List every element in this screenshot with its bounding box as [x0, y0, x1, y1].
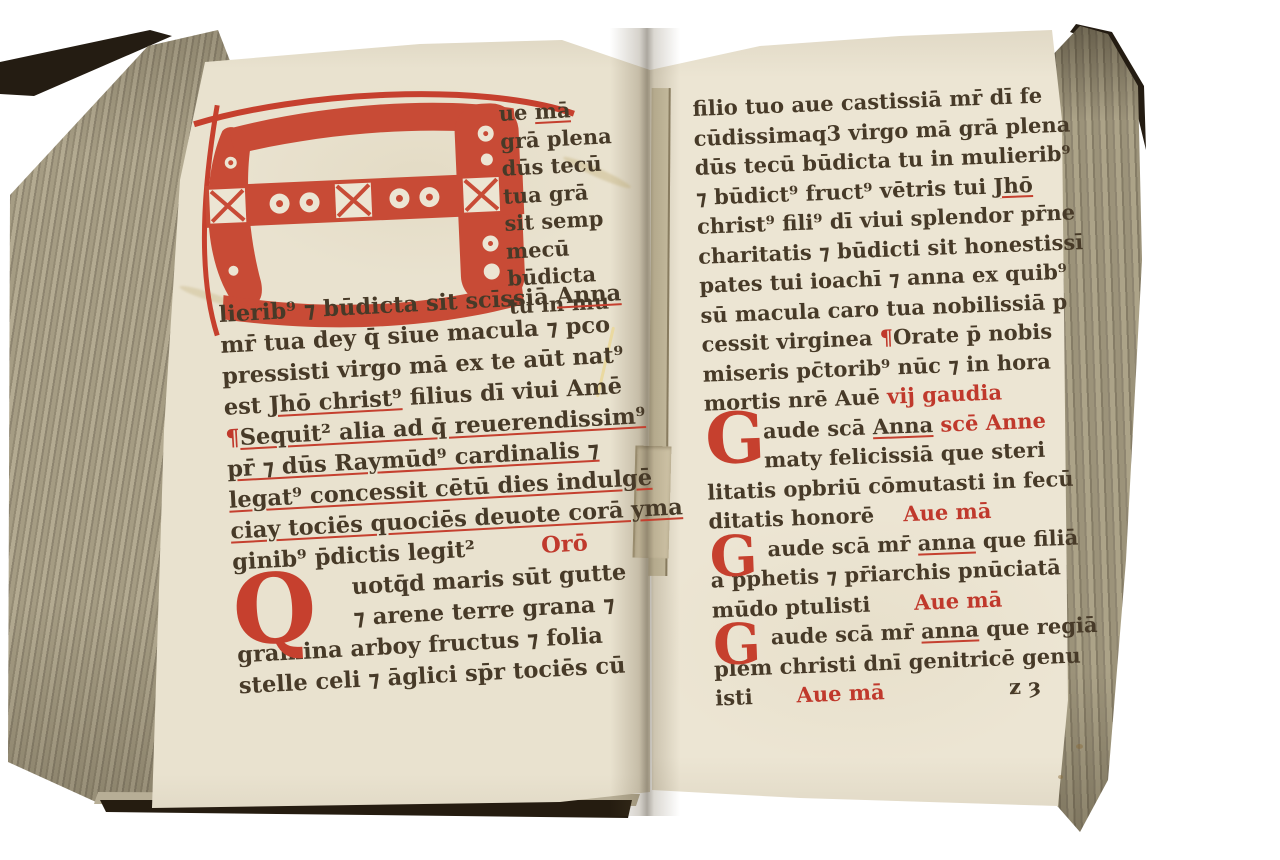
ink-text: Anna — [872, 411, 933, 438]
foxing-spot — [1076, 744, 1083, 749]
initial-g-3: G — [712, 622, 762, 669]
line-right-text: z ȝ — [1008, 671, 1041, 702]
rubric-text: ¶ — [879, 324, 893, 349]
rubric-text: Orō — [541, 530, 589, 558]
ink-text: aude scā mr̄ — [767, 530, 918, 561]
ink-text: que regiā — [978, 612, 1098, 642]
rubric-text: Aue mā — [796, 679, 885, 707]
ink-text: est — [223, 392, 270, 420]
ink-text: sit semp — [504, 206, 604, 236]
foxing-spot — [1058, 775, 1063, 779]
line-right-text: Orō — [540, 528, 588, 561]
ink-text: aude scā — [762, 414, 873, 443]
ink-text: Jhō — [993, 171, 1033, 197]
rubric-text: Aue mā — [914, 586, 1003, 614]
ink-text: tua grā — [502, 179, 588, 208]
ink-text: z ȝ — [1009, 673, 1042, 699]
manuscript-photo: A — [0, 0, 1280, 860]
ink-text: Anna — [556, 280, 622, 309]
ink-text: cessit virginea — [701, 325, 880, 357]
ink-text: isti — [715, 682, 797, 710]
initial-q: Q — [231, 569, 319, 650]
ink-text: mā — [534, 97, 571, 124]
rubric-text: vij gaudia — [887, 379, 1003, 408]
right-page-text-block: G G G filio tuo aue castissiā mr̄ dī fec… — [692, 80, 1076, 713]
rubric-text: Aue mā — [903, 498, 992, 526]
initial-g-2: G — [709, 534, 759, 581]
left-page-text-block: Q lierib⁹ ⁊ būdicta sit scīssiā Annamr̄ … — [218, 278, 647, 702]
initial-g-1: G — [704, 409, 766, 467]
ink-text: que filiā — [975, 524, 1079, 553]
ink-text: grā plena — [499, 123, 612, 154]
ink-text: mecū — [505, 235, 570, 263]
ink-text: Jhō christ⁹ — [268, 385, 402, 418]
ink-text: anna — [921, 616, 980, 643]
ink-text: aude scā mr̄ — [770, 619, 921, 650]
ink-text: dūs tecū — [501, 151, 602, 181]
ink-text: anna — [917, 528, 976, 555]
ink-text: ue — [498, 99, 535, 126]
rubric-text: scē Anne — [940, 407, 1046, 436]
ink-text: Orate p̄ nobis — [893, 318, 1053, 349]
